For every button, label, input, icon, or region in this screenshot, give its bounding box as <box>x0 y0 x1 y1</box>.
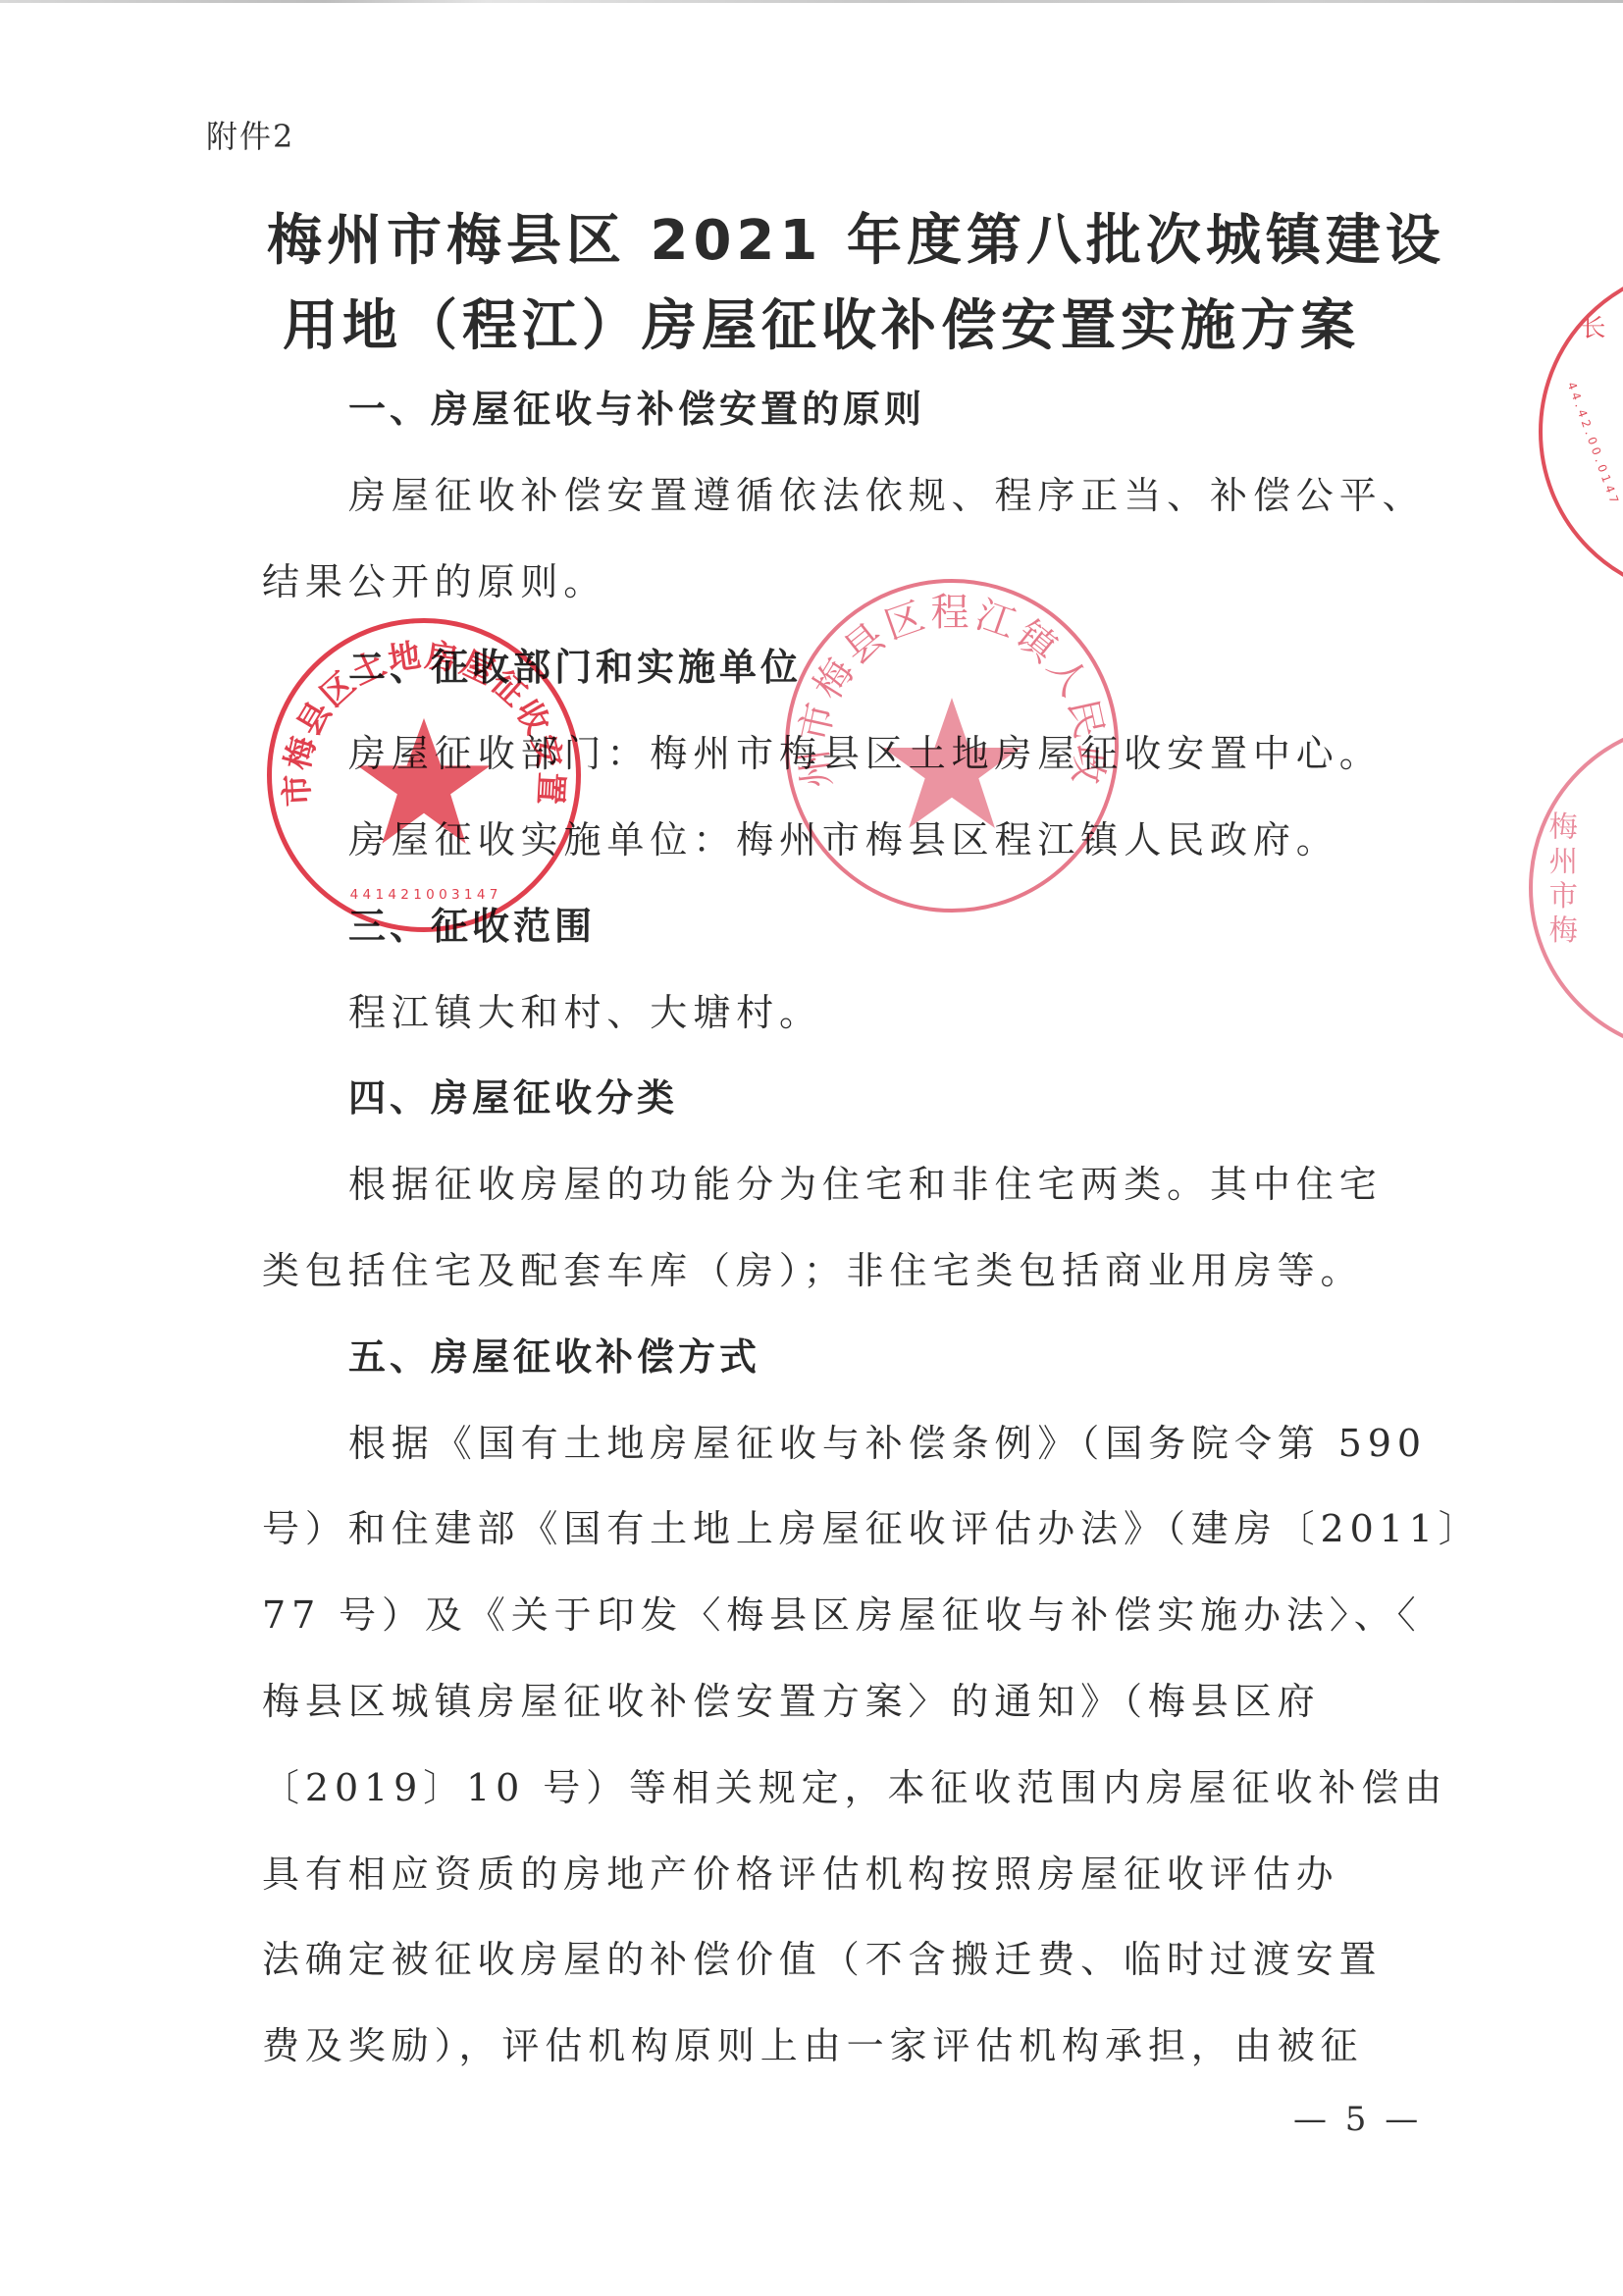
page-number: — 5 — <box>1293 2100 1422 2139</box>
official-seal-edge-bottom: 梅州市梅 <box>1529 721 1623 1055</box>
section-heading: 一、房屋征收与补偿安置的原则 <box>348 391 925 428</box>
svg-text:4 4 1 4 2 1 0 0 3 1 4 7: 4 4 1 4 2 1 0 0 3 1 4 7 <box>350 887 498 903</box>
body-line: 房屋征收实施单位：梅州市梅县区程江镇人民政府。 <box>348 821 1339 859</box>
svg-text:长: 长 <box>1581 312 1605 341</box>
svg-text:4 4 . 4 2 . 0 0 . 0 1 4 7: 4 4 . 4 2 . 0 0 . 0 1 4 7 <box>1565 380 1622 504</box>
body-line: 号）和住建部《国有土地上房屋征收评估办法》（建房〔2011〕 <box>262 1510 1482 1547</box>
body-line: 费及奖励），评估机构原则上由一家评估机构承担，由被征 <box>262 2027 1363 2064</box>
svg-text:梅州市梅县区土地房屋征收安置中心: 梅州市梅县区土地房屋征收安置中心 <box>255 593 571 808</box>
attachment-label: 附件2 <box>206 112 294 157</box>
section-heading: 五、房屋征收补偿方式 <box>348 1338 760 1376</box>
section-heading: 四、房屋征收分类 <box>348 1079 678 1117</box>
section-heading: 二、征收部门和实施单位 <box>348 649 802 686</box>
document-title-line-2: 用地（程江）房屋征收补偿安置实施方案 <box>283 299 1360 354</box>
body-line: 房屋征收补偿安置遵循依法依规、程序正当、补偿公平、 <box>348 477 1426 514</box>
body-line: 结果公开的原则。 <box>262 563 606 600</box>
body-line: 具有相应资质的房地产价格评估机构按照房屋征收评估办 <box>262 1855 1339 1893</box>
body-line: 程江镇大和村、大塘村。 <box>348 994 822 1031</box>
body-line: 梅县区城镇房屋征收补偿安置方案〉的通知》（梅县区府 <box>262 1683 1321 1720</box>
body-line: 77 号）及《关于印发〈梅县区房屋征收与补偿实施办法〉、〈 <box>262 1596 1422 1634</box>
document-title-line-1: 梅州市梅县区 2021 年度第八批次城镇建设 <box>267 214 1445 269</box>
seal-edge-text: 梅州市梅 <box>1533 725 1623 1051</box>
svg-text:梅州市梅: 梅州市梅 <box>1544 811 1578 950</box>
body-line: 〔2019〕10 号）等相关规定，本征收范围内房屋征收补偿由 <box>262 1769 1447 1806</box>
body-line: 根据《国有土地房屋征收与补偿条例》（国务院令第 590 <box>348 1425 1427 1462</box>
seal-edge-text: 长 4 4 . 4 2 . 0 0 . 0 1 4 7 <box>1543 269 1623 595</box>
body-line: 法确定被征收房屋的补偿价值（不含搬迁费、临时过渡安置 <box>262 1941 1382 1978</box>
official-seal-edge-top: 长 4 4 . 4 2 . 0 0 . 0 1 4 7 <box>1539 265 1623 599</box>
body-line: 类包括住宅及配套车库（房）；非住宅类包括商业用房等。 <box>262 1252 1363 1289</box>
body-line: 根据征收房屋的功能分为住宅和非住宅两类。其中住宅 <box>348 1166 1383 1203</box>
body-line: 房屋征收部门：梅州市梅县区土地房屋征收安置中心。 <box>348 735 1383 772</box>
section-heading: 三、征收范围 <box>348 908 596 945</box>
scan-edge-artifact <box>0 0 1623 3</box>
